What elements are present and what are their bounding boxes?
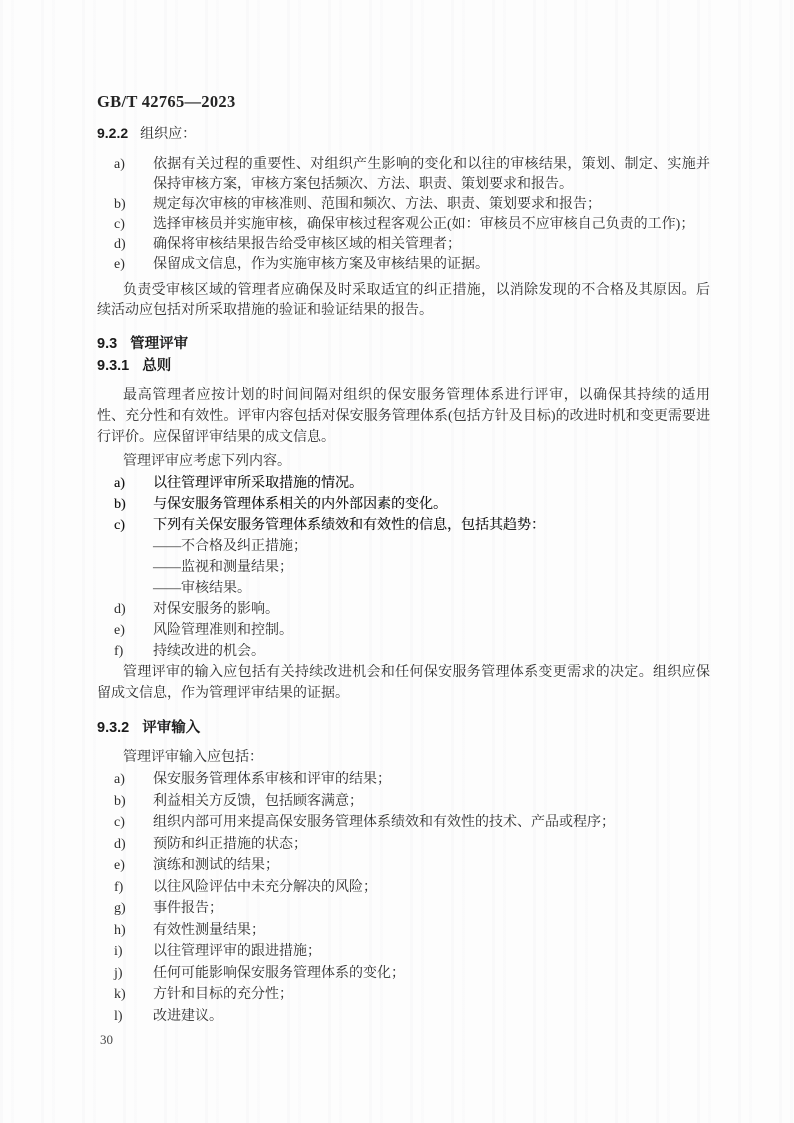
section-9-3-heading: 9.3管理评审 (97, 333, 710, 355)
list-item-text: 与保安服务管理体系相关的内外部因素的变化。 (153, 497, 447, 512)
section-9-3-1-list: a) 以往管理评审所采取措施的情况。 b) 与保安服务管理体系相关的内外部因素的… (97, 473, 710, 662)
list-item-j: j) 任何可能影响保安服务管理体系的变化； (97, 963, 710, 985)
list-item-label: j) (114, 963, 123, 985)
dash-sub-item: ——不合格及纠正措施； (97, 536, 710, 557)
section-9-3-1-title: 总则 (142, 358, 171, 374)
dash-sub-item-text: ——不合格及纠正措施； (153, 539, 307, 554)
section-9-3-2-heading: 9.3.2评审输入 (97, 717, 710, 739)
list-item-text: 选择审核员并实施审核，确保审核过程客观公正(如：审核员不应审核自己负责的工作)； (153, 217, 694, 232)
list-item-text: 事件报告； (153, 901, 223, 916)
list-item-text: 持续改进的机会。 (153, 644, 265, 659)
clause-9-2-2-closing-paragraph: 负责受审核区域的管理者应确保及时采取适宜的纠正措施，以消除发现的不合格及其原因。… (97, 281, 710, 321)
clause-9-2-2-list: a) 依据有关过程的重要性、对组织产生影响的变化和以往的审核结果，策划、制定、实… (97, 155, 710, 275)
list-item-text: 预防和纠正措施的状态； (153, 837, 307, 852)
list-item-label: d) (114, 235, 126, 255)
list-item-label: f) (114, 877, 123, 899)
list-item-text: 风险管理准则和控制。 (153, 623, 293, 638)
list-item-label: c) (114, 215, 125, 235)
list-item-f: f) 持续改进的机会。 (97, 641, 710, 662)
list-item-label: a) (114, 155, 125, 175)
list-item-c: c) 选择审核员并实施审核，确保审核过程客观公正(如：审核员不应审核自己负责的工… (97, 215, 710, 235)
list-item-label: g) (114, 898, 126, 920)
list-item-label: e) (114, 255, 125, 275)
list-item-d: d) 确保将审核结果报告给受审核区域的相关管理者； (97, 235, 710, 255)
list-item-b: b) 与保安服务管理体系相关的内外部因素的变化。 (97, 494, 710, 515)
list-item-label: d) (114, 834, 126, 856)
clause-9-2-2-lead-text: 组织应： (140, 127, 196, 142)
list-item-label: k) (114, 984, 126, 1006)
list-item-text: 方针和目标的充分性； (153, 987, 293, 1002)
section-9-3-title: 管理评审 (130, 336, 188, 352)
list-item-e: e) 风险管理准则和控制。 (97, 620, 710, 641)
page-content: GB/T 42765—2023 9.2.2组织应： a) 依据有关过程的重要性、… (97, 92, 710, 1027)
list-item-c: c) 下列有关保安服务管理体系绩效和有效性的信息，包括其趋势： (97, 515, 710, 536)
list-item-e: e) 保留成文信息，作为实施审核方案及审核结果的证据。 (97, 255, 710, 275)
list-item-i: i) 以往管理评审的跟进措施； (97, 941, 710, 963)
list-item-a: a) 依据有关过程的重要性、对组织产生影响的变化和以往的审核结果，策划、制定、实… (97, 155, 710, 195)
section-9-3-number: 9.3 (97, 336, 117, 352)
list-item-d: d) 预防和纠正措施的状态； (97, 834, 710, 856)
dash-sub-item: ——审核结果。 (97, 578, 710, 599)
section-9-3-1-number: 9.3.1 (97, 358, 129, 374)
dash-sub-item-text: ——审核结果。 (153, 581, 251, 596)
list-item-label: f) (114, 641, 123, 662)
list-item-text: 保留成文信息，作为实施审核方案及审核结果的证据。 (153, 257, 489, 272)
list-item-e: e) 演练和测试的结果； (97, 855, 710, 877)
list-item-a: a) 保安服务管理体系审核和评审的结果； (97, 769, 710, 791)
section-9-3-1-paragraph-1: 最高管理者应按计划的时间间隔对组织的保安服务管理体系进行评审，以确保其持续的适用… (97, 385, 710, 448)
section-9-3-2-title: 评审输入 (142, 720, 200, 736)
list-item-label: a) (114, 769, 125, 791)
dash-sub-item: ——监视和测量结果； (97, 557, 710, 578)
list-item-text: 有效性测量结果； (153, 923, 265, 938)
list-item-label: b) (114, 494, 126, 515)
list-item-c: c) 组织内部可用来提高保安服务管理体系绩效和有效性的技术、产品或程序； (97, 812, 710, 834)
list-item-label: i) (114, 941, 123, 963)
section-9-3-2-paragraph-1: 管理评审输入应包括： (97, 747, 710, 768)
dash-sub-item-text: ——监视和测量结果； (153, 560, 293, 575)
list-item-text: 演练和测试的结果； (153, 858, 279, 873)
section-9-3-2-number: 9.3.2 (97, 720, 129, 736)
list-item-text: 利益相关方反馈，包括顾客满意； (153, 794, 363, 809)
list-item-d: d) 对保安服务的影响。 (97, 599, 710, 620)
list-item-text: 组织内部可用来提高保安服务管理体系绩效和有效性的技术、产品或程序； (153, 815, 615, 830)
list-item-text: 以往管理评审的跟进措施； (153, 944, 321, 959)
list-item-text: 依据有关过程的重要性、对组织产生影响的变化和以往的审核结果，策划、制定、实施并保… (153, 157, 710, 192)
list-item-label: e) (114, 855, 125, 877)
section-9-3-1-heading: 9.3.1总则 (97, 355, 710, 377)
list-item-label: l) (114, 1006, 123, 1028)
list-item-text: 任何可能影响保安服务管理体系的变化； (153, 966, 405, 981)
list-item-text: 改进建议。 (153, 1009, 223, 1024)
list-item-b: b) 规定每次审核的审核准则、范围和频次、方法、职责、策划要求和报告； (97, 195, 710, 215)
list-item-k: k) 方针和目标的充分性； (97, 984, 710, 1006)
clause-9-2-2-number: 9.2.2 (97, 125, 128, 141)
list-item-b: b) 利益相关方反馈，包括顾客满意； (97, 791, 710, 813)
clause-9-2-2-lead: 9.2.2组织应： (97, 123, 710, 145)
list-item-label: c) (114, 812, 125, 834)
section-9-3-2-list: a) 保安服务管理体系审核和评审的结果； b) 利益相关方反馈，包括顾客满意； … (97, 769, 710, 1027)
list-item-label: c) (114, 515, 125, 536)
standard-number-header: GB/T 42765—2023 (97, 92, 710, 112)
list-item-label: e) (114, 620, 125, 641)
list-item-l: l) 改进建议。 (97, 1006, 710, 1028)
list-item-label: d) (114, 599, 126, 620)
list-item-text: 以往管理评审所采取措施的情况。 (153, 476, 363, 491)
list-item-text: 对保安服务的影响。 (153, 602, 279, 617)
list-item-text: 确保将审核结果报告给受审核区域的相关管理者； (153, 237, 461, 252)
section-9-3-1-paragraph-3: 管理评审的输入应包括有关持续改进机会和任何保安服务管理体系变更需求的决定。组织应… (97, 662, 710, 704)
list-item-label: h) (114, 920, 126, 942)
list-item-h: h) 有效性测量结果； (97, 920, 710, 942)
list-item-text: 规定每次审核的审核准则、范围和频次、方法、职责、策划要求和报告； (153, 197, 601, 212)
document-page: GB/T 42765—2023 9.2.2组织应： a) 依据有关过程的重要性、… (0, 0, 794, 1123)
section-9-3-1-paragraph-2: 管理评审应考虑下列内容。 (97, 451, 710, 472)
list-item-g: g) 事件报告； (97, 898, 710, 920)
list-item-label: b) (114, 791, 126, 813)
list-item-text: 保安服务管理体系审核和评审的结果； (153, 772, 391, 787)
list-item-text: 以往风险评估中未充分解决的风险； (153, 880, 377, 895)
list-item-f: f) 以往风险评估中未充分解决的风险； (97, 877, 710, 899)
list-item-label: b) (114, 195, 126, 215)
page-number: 30 (100, 1031, 113, 1049)
list-item-label: a) (114, 473, 125, 494)
list-item-text: 下列有关保安服务管理体系绩效和有效性的信息，包括其趋势： (153, 518, 545, 533)
list-item-a: a) 以往管理评审所采取措施的情况。 (97, 473, 710, 494)
